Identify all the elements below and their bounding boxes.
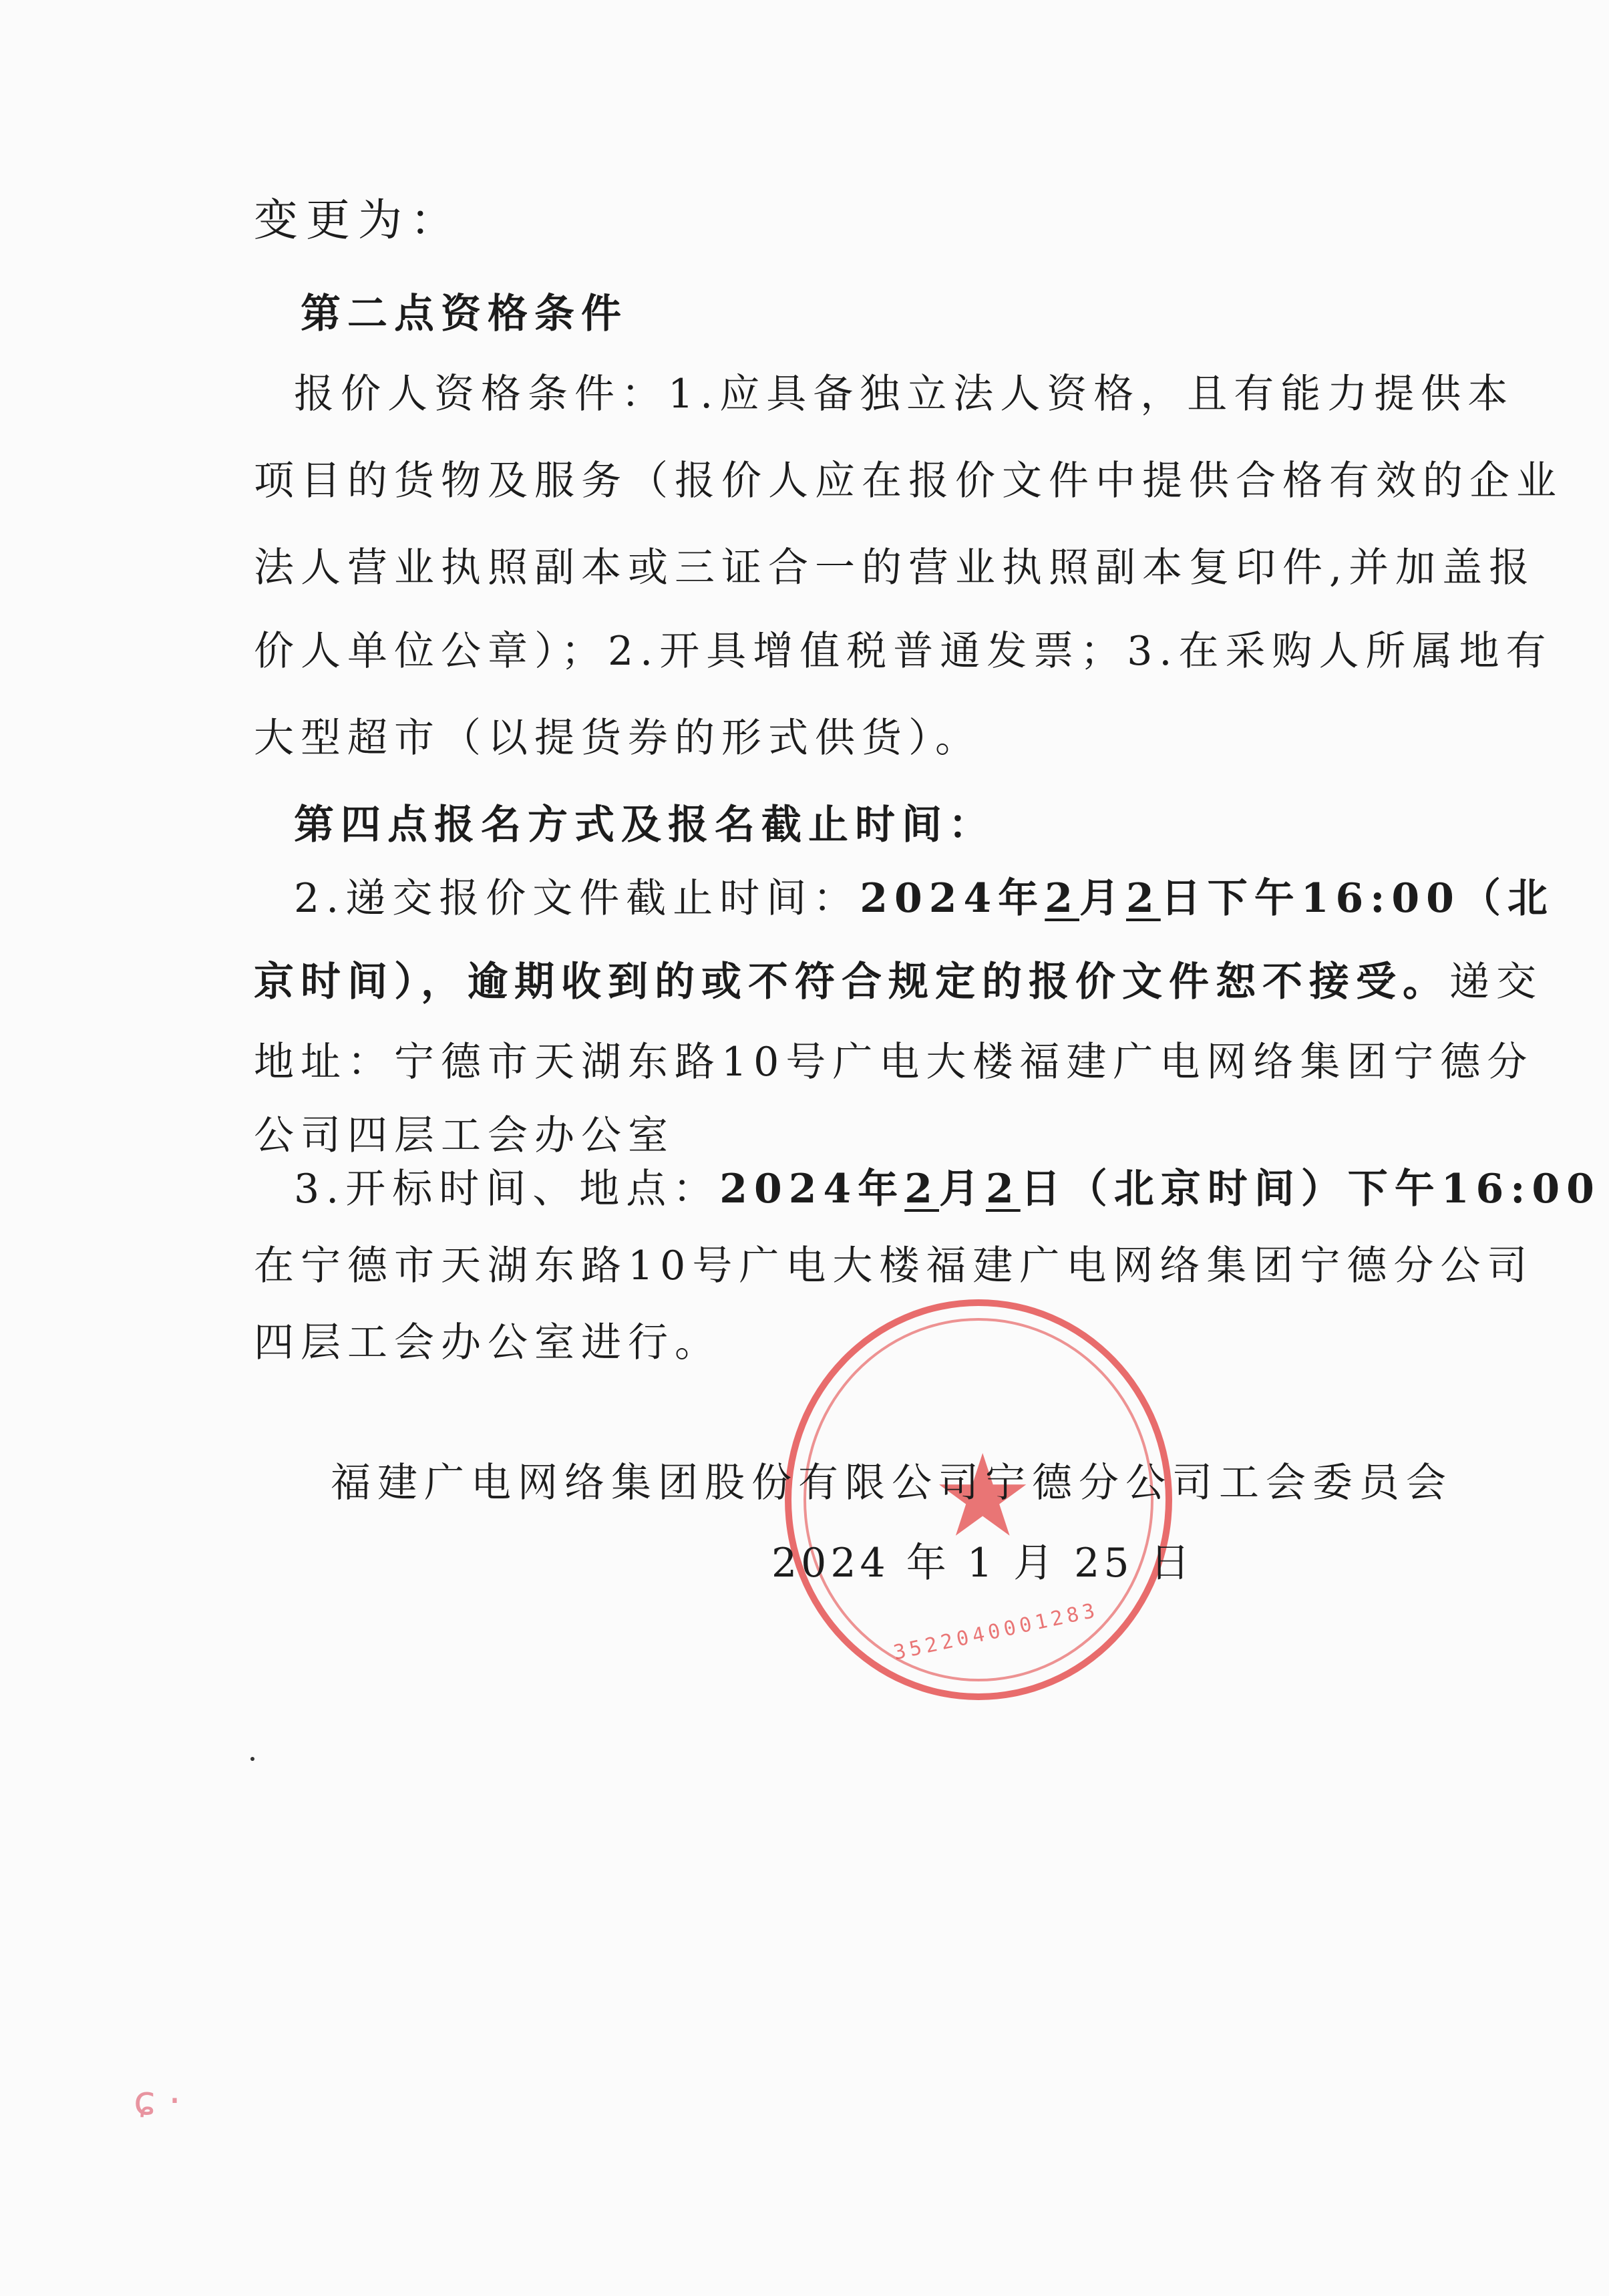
- opening-year: 2024: [719, 1166, 858, 1212]
- section4-title: 第四点报名方式及报名截止时间：: [294, 798, 995, 852]
- deadline-address-cont: 公司四层工会办公室: [254, 1109, 675, 1162]
- month-unit: 月: [939, 1166, 986, 1212]
- opening-location: 在宁德市天湖东路10号广电大楼福建广电网络集团宁德分公司: [254, 1239, 1534, 1293]
- opening-month: 2: [904, 1166, 939, 1212]
- day-unit: 日: [1161, 875, 1208, 922]
- opening-day: 2: [986, 1166, 1021, 1212]
- section2-line: 价人单位公章）；2.开具增值税普通发票；3.在采购人所属地有: [254, 625, 1553, 678]
- opening-line: 3.开标时间、地点：2024年2月2日（北京时间）下午16:00: [294, 1162, 1601, 1216]
- opening-prefix: 3.开标时间、地点：: [294, 1166, 719, 1212]
- opening-time: （北京时间）下午16:00: [1067, 1166, 1601, 1212]
- year-unit: 年: [998, 875, 1045, 922]
- deadline-line2-tail: 递交: [1449, 959, 1543, 1005]
- section2-line: 项目的货物及服务（报价人应在报价文件中提供合格有效的企业: [254, 454, 1563, 508]
- seal-code: 3522040001283: [892, 1599, 1101, 1665]
- deadline-address: 地址：宁德市天湖东路10号广电大楼福建广电网络集团宁德分: [254, 1035, 1534, 1089]
- day-unit: 日: [1021, 1166, 1067, 1212]
- deadline-line: 2.递交报价文件截止时间：2024年2月2日下午16:00（北: [294, 872, 1554, 925]
- margin-mark: ɕ ·: [134, 2078, 181, 2124]
- deadline-warning: 京时间），逾期收到的或不符合规定的报价文件恕不接受。: [254, 959, 1449, 1005]
- month-unit: 月: [1079, 875, 1126, 922]
- section2-line: 法人营业执照副本或三证合一的营业执照副本复印件,并加盖报: [254, 541, 1536, 595]
- scan-speck: [250, 1757, 254, 1761]
- deadline-day: 2: [1126, 875, 1161, 922]
- section2-title: 第二点资格条件: [301, 287, 628, 341]
- deadline-month: 2: [1045, 875, 1079, 922]
- deadline-line2: 京时间），逾期收到的或不符合规定的报价文件恕不接受。递交: [254, 955, 1543, 1009]
- change-heading: 变更为：: [254, 194, 462, 247]
- year-unit: 年: [858, 1166, 904, 1212]
- deadline-time: 下午16:00（北: [1208, 875, 1554, 922]
- section2-line: 大型超市（以提货券的形式供货）。: [254, 711, 982, 765]
- opening-location-cont: 四层工会办公室进行。: [254, 1316, 721, 1369]
- deadline-prefix: 2.递交报价文件截止时间：: [294, 875, 860, 922]
- section2-line: 报价人资格条件：1.应具备独立法人资格，且有能力提供本: [294, 367, 1514, 421]
- signature-organization: 福建广电网络集团股份有限公司宁德分公司工会委员会: [331, 1456, 1453, 1510]
- deadline-year: 2024: [860, 875, 998, 922]
- signature-date: 2024 年 1 月 25 日: [771, 1536, 1194, 1590]
